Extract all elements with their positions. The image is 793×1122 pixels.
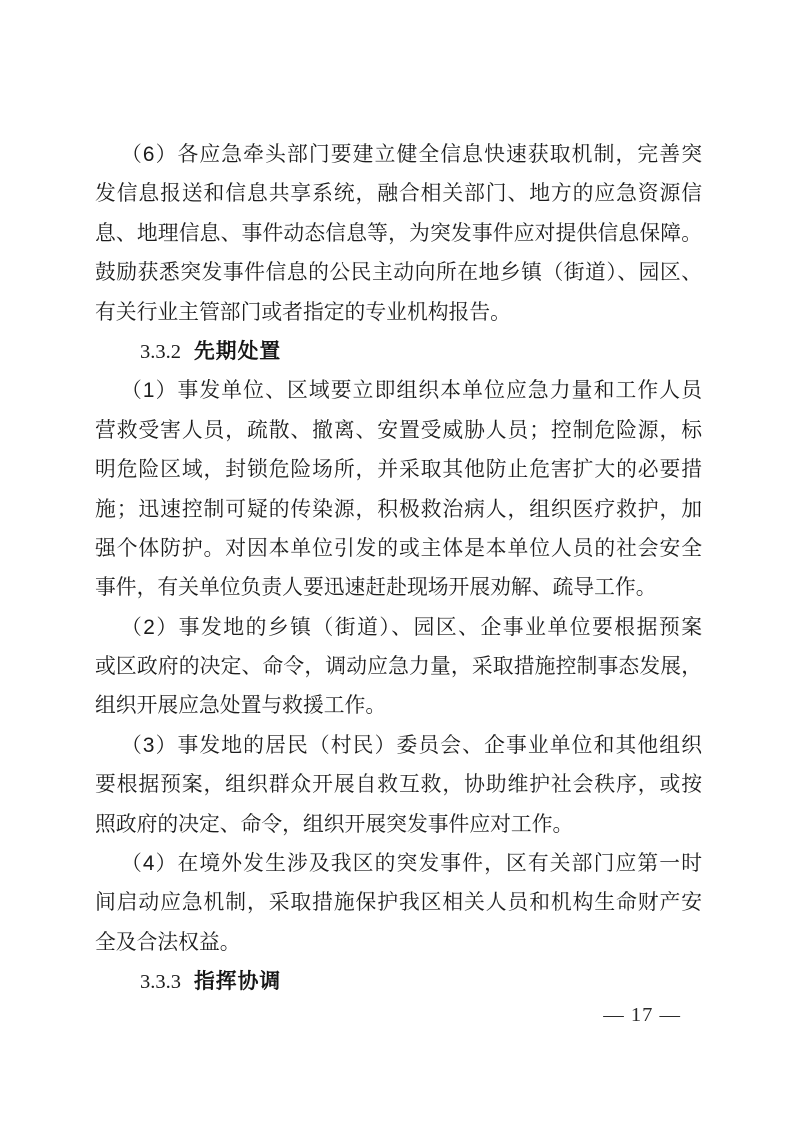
paragraph-line: 营救受害人员，疏散、撤离、安置受威胁人员；控制危险源，标 xyxy=(95,411,702,450)
paragraph-line: 照政府的决定、命令，组织开展突发事件应对工作。 xyxy=(95,805,702,844)
paragraph-line: 息、地理信息、事件动态信息等，为突发事件应对提供信息保障。 xyxy=(95,214,702,253)
paragraph-line: 组织开展应急处置与救援工作。 xyxy=(95,686,702,725)
paragraph-line: 或区政府的决定、命令，调动应急力量，采取措施控制事态发展， xyxy=(95,647,702,686)
section-number: 3.3.2 xyxy=(140,341,181,363)
paragraph-line: （1）事发单位、区域要立即组织本单位应急力量和工作人员 xyxy=(95,371,702,410)
paragraph-line: （2）事发地的乡镇（街道）、园区、企事业单位要根据预案 xyxy=(95,608,702,647)
section-heading-3-3-2: 3.3.2先期处置 xyxy=(95,332,702,371)
section-number: 3.3.3 xyxy=(140,971,181,993)
paragraph-line: 明危险区域，封锁危险场所，并采取其他防止危害扩大的必要措 xyxy=(95,450,702,489)
paragraph-line: 事件，有关单位负责人要迅速赶赴现场开展劝解、疏导工作。 xyxy=(95,568,702,607)
paragraph-line: 强个体防护。对因本单位引发的或主体是本单位人员的社会安全 xyxy=(95,529,702,568)
paragraph-line: 发信息报送和信息共享系统，融合相关部门、地方的应急资源信 xyxy=(95,174,702,213)
paragraph-line: （6）各应急牵头部门要建立健全信息快速获取机制，完善突 xyxy=(95,135,702,174)
page-number: — 17 — xyxy=(603,1003,681,1027)
paragraph-line: 全及合法权益。 xyxy=(95,923,702,962)
document-page: （6）各应急牵头部门要建立健全信息快速获取机制，完善突 发信息报送和信息共享系统… xyxy=(0,0,793,1122)
paragraph-line: （3）事发地的居民（村民）委员会、企事业单位和其他组织 xyxy=(95,726,702,765)
section-title: 先期处置 xyxy=(194,340,281,363)
paragraph-line: 施；迅速控制可疑的传染源，积极救治病人，组织医疗救护，加 xyxy=(95,490,702,529)
paragraph-line: （4）在境外发生涉及我区的突发事件，区有关部门应第一时 xyxy=(95,844,702,883)
section-title: 指挥协调 xyxy=(194,970,281,993)
paragraph-line: 有关行业主管部门或者指定的专业机构报告。 xyxy=(95,293,702,332)
section-heading-3-3-3: 3.3.3指挥协调 xyxy=(95,962,702,1001)
paragraph-line: 鼓励获悉突发事件信息的公民主动向所在地乡镇（街道）、园区、 xyxy=(95,253,702,292)
paragraph-line: 间启动应急机制，采取措施保护我区相关人员和机构生命财产安 xyxy=(95,883,702,922)
paragraph-line: 要根据预案，组织群众开展自救互救，协助维护社会秩序，或按 xyxy=(95,765,702,804)
text-block: （6）各应急牵头部门要建立健全信息快速获取机制，完善突 发信息报送和信息共享系统… xyxy=(95,135,702,1002)
